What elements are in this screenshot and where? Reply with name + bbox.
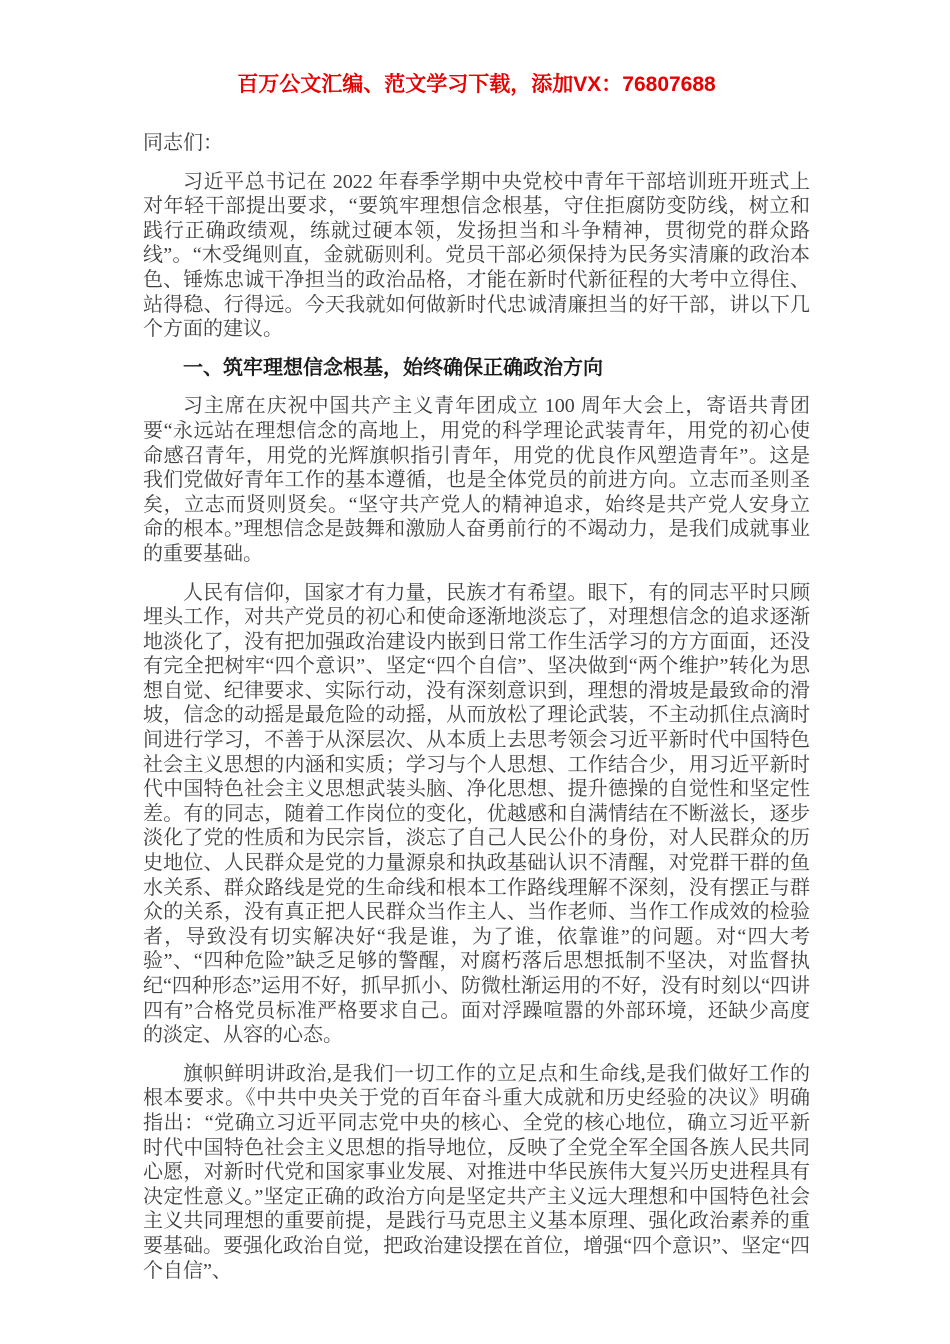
- section-1-paragraph-1: 习主席在庆祝中国共产主义青年团成立 100 周年大会上，寄语共青团要“永远站在理…: [143, 394, 810, 566]
- document-page: 百万公文汇编、范文学习下载，添加VX：76807688 同志们： 习近平总书记在…: [0, 0, 950, 1344]
- intro-paragraph: 习近平总书记在 2022 年春季学期中央党校中青年干部培训班开班式上对年轻干部提…: [143, 170, 810, 342]
- promo-banner: 百万公文汇编、范文学习下载，添加VX：76807688: [143, 72, 810, 98]
- section-1-paragraph-2: 人民有信仰，国家才有力量，民族才有希望。眼下，有的同志平时只顾埋头工作，对共产党…: [143, 581, 810, 1048]
- section-1-paragraph-3: 旗帜鲜明讲政治,是我们一切工作的立足点和生命线,是我们做好工作的根本要求。《中共…: [143, 1062, 810, 1283]
- salutation: 同志们：: [143, 131, 810, 156]
- section-1-heading: 一、筑牢理想信念根基，始终确保正确政治方向: [143, 356, 810, 381]
